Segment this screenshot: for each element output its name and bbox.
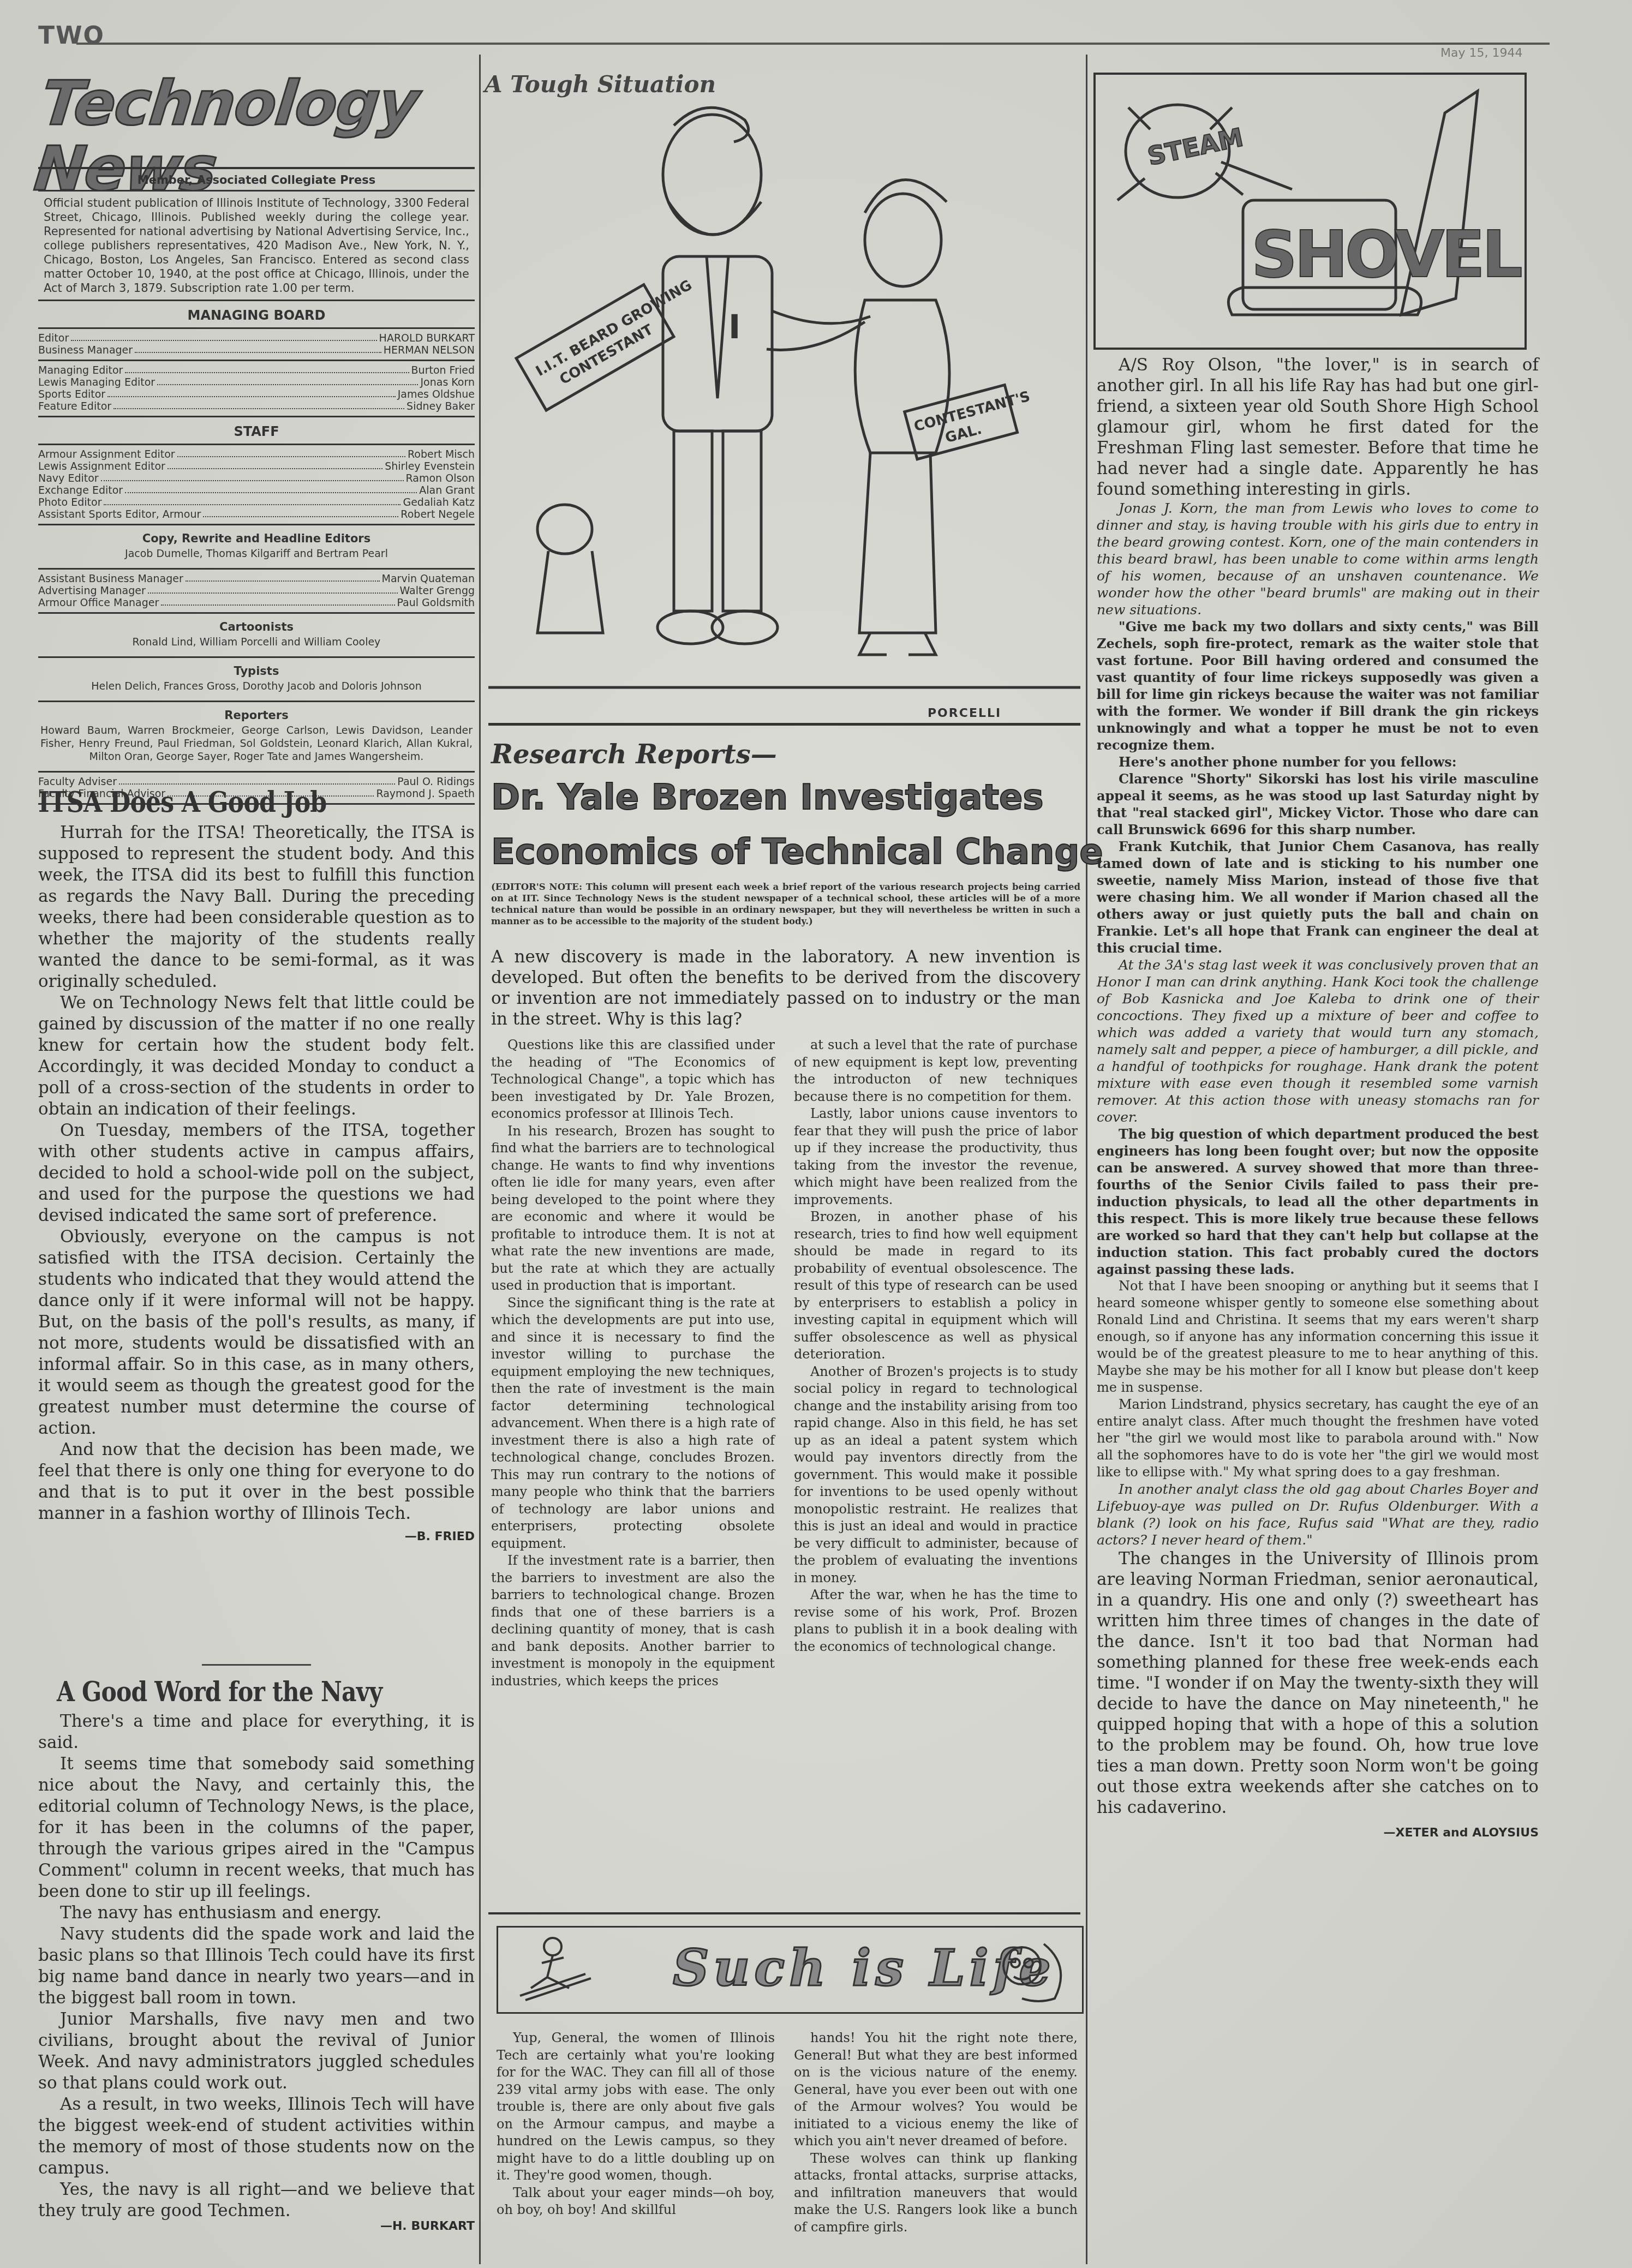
column-rule bbox=[479, 55, 481, 2264]
entry-role: Photo Editor bbox=[38, 496, 101, 508]
paragraph: It seems time that somebody said somethi… bbox=[38, 1754, 475, 1902]
page-date: May 15, 1944 bbox=[1440, 46, 1522, 60]
entry-name: Robert Negele bbox=[400, 508, 475, 520]
gossip-item: Marion Lindstrand, physics secretary, ha… bbox=[1097, 1396, 1539, 1481]
masthead-entry: Assistant Sports Editor, ArmourRobert Ne… bbox=[38, 508, 475, 520]
gossip-item: Jonas J. Korn, the man from Lewis who lo… bbox=[1097, 500, 1539, 618]
paragraph: These wolves can think up flanking attac… bbox=[794, 2150, 1078, 2236]
entry-role: Feature Editor bbox=[38, 400, 111, 412]
paragraph: Another of Brozen's projects is to study… bbox=[794, 1363, 1078, 1587]
entry-role: Exchange Editor bbox=[38, 484, 123, 496]
reporters: Reporters Howard Baum, Warren Brockmeier… bbox=[38, 702, 475, 773]
such-is-life-banner: Such is Life bbox=[497, 1926, 1084, 2014]
paragraph: And now that the decision has been made,… bbox=[38, 1439, 475, 1524]
entry-role: Sports Editor bbox=[38, 388, 105, 400]
entry-name: Shirley Evenstein bbox=[385, 460, 475, 472]
editorial-itsa: ITSA Does A Good Job Hurrah for the ITSA… bbox=[38, 786, 475, 1543]
svg-text:STEAM: STEAM bbox=[1145, 122, 1246, 171]
gossip-item: Frank Kutchik, that Junior Chem Casanova… bbox=[1097, 838, 1539, 956]
cartoon-bottom-rule bbox=[488, 723, 1080, 726]
leader-dots bbox=[148, 585, 398, 594]
itsa-headline: ITSA Does A Good Job bbox=[38, 786, 409, 819]
masthead-entry: Armour Assignment EditorRobert Misch bbox=[38, 448, 475, 460]
research-reports-label: Research Reports— bbox=[491, 739, 777, 770]
leader-dots bbox=[168, 460, 382, 469]
steam-shovel-column: A/S Roy Olson, "the lover," is in search… bbox=[1097, 355, 1539, 1843]
masthead-entry: Navy EditorRamon Olson bbox=[38, 472, 475, 484]
paragraph: Lastly, labor unions cause inventors to … bbox=[794, 1105, 1078, 1208]
typists-names: Helen Delich, Frances Gross, Dorothy Jac… bbox=[38, 679, 475, 697]
copy-editors-label: Copy, Rewrite and Headline Editors bbox=[38, 529, 475, 546]
itsa-body: Hurrah for the ITSA! Theoretically, the … bbox=[38, 822, 475, 1524]
masthead-entry: Sports EditorJames Oldshue bbox=[38, 388, 475, 400]
masthead-entry: EditorHAROLD BURKART bbox=[38, 332, 475, 344]
paragraph: Junior Marshalls, five navy men and two … bbox=[38, 2009, 475, 2094]
paragraph: Hurrah for the ITSA! Theoretically, the … bbox=[38, 822, 475, 992]
gossip-item: A/S Roy Olson, "the lover," is in search… bbox=[1097, 355, 1539, 500]
research-lede: A new discovery is made in the laborator… bbox=[491, 947, 1080, 1030]
cartoonists-names: Ronald Lind, William Porcelli and Willia… bbox=[38, 635, 475, 653]
such-is-life-col-2: hands! You hit the right note there, Gen… bbox=[794, 2030, 1078, 2236]
paragraph: There's a time and place for everything,… bbox=[38, 1711, 475, 1754]
managing-board-label: MANAGING BOARD bbox=[38, 301, 475, 329]
staff-label: STAFF bbox=[38, 417, 475, 445]
editorial-navy: A Good Word for the Navy There's a time … bbox=[38, 1664, 475, 2233]
gossip-item: Not that I have been snooping or anythin… bbox=[1097, 1278, 1539, 1396]
leader-dots bbox=[186, 573, 380, 582]
reporters-label: Reporters bbox=[38, 705, 475, 723]
paragraph: In his research, Brozen has sought to fi… bbox=[491, 1123, 775, 1295]
entry-role: Lewis Managing Editor bbox=[38, 376, 155, 388]
copy-editors: Copy, Rewrite and Headline Editors Jacob… bbox=[38, 525, 475, 570]
masthead-entry: Exchange EditorAlan Grant bbox=[38, 484, 475, 496]
leader-dots bbox=[161, 597, 394, 606]
paragraph: On Tuesday, members of the ITSA, togethe… bbox=[38, 1120, 475, 1226]
leader-dots bbox=[135, 344, 381, 353]
entry-name: Burton Fried bbox=[411, 364, 475, 376]
paragraph: Navy students did the spade work and lai… bbox=[38, 1924, 475, 2009]
divider bbox=[202, 1664, 311, 1666]
reporters-names: Howard Baum, Warren Brockmeier, George C… bbox=[38, 723, 475, 768]
entry-name: Gedaliah Katz bbox=[403, 496, 475, 508]
steam-shovel-signature: —XETER and ALOYSIUS bbox=[1097, 1823, 1539, 1843]
masthead-entry: Advertising ManagerWalter Grengg bbox=[38, 585, 475, 597]
gossip-item: "Give me back my two dollars and sixty c… bbox=[1097, 618, 1539, 753]
entry-name: Robert Misch bbox=[408, 448, 475, 460]
entry-name: HERMAN NELSON bbox=[384, 344, 475, 356]
entry-name: Paul Goldsmith bbox=[397, 597, 475, 609]
entry-role: Armour Office Manager bbox=[38, 597, 159, 609]
paragraph: The navy has enthusiasm and energy. bbox=[38, 1902, 475, 1924]
masthead-entry: Feature EditorSidney Baker bbox=[38, 400, 475, 412]
entry-name: Walter Grengg bbox=[400, 585, 475, 597]
cartoon-credit: PORCELLI bbox=[928, 707, 1001, 720]
leader-dots bbox=[125, 484, 417, 493]
masthead-entry: Lewis Assignment EditorShirley Evenstein bbox=[38, 460, 475, 472]
masthead-member: Member, Associated Collegiate Press bbox=[38, 167, 475, 192]
typists-label: Typists bbox=[38, 661, 475, 679]
entry-role: Business Manager bbox=[38, 344, 133, 356]
svg-text:SHOVEL: SHOVEL bbox=[1251, 217, 1521, 292]
masthead-entry: Armour Office ManagerPaul Goldsmith bbox=[38, 597, 475, 609]
entry-name: Alan Grant bbox=[419, 484, 475, 496]
entry-role: Assistant Business Manager bbox=[38, 573, 183, 585]
paragraph: Questions like this are classified under… bbox=[491, 1037, 775, 1123]
masthead-entry: Assistant Business ManagerMarvin Quatema… bbox=[38, 573, 475, 585]
gossip-item: The changes in the University of Illinoi… bbox=[1097, 1548, 1539, 1818]
research-headline-2: Economics of Technical Change bbox=[491, 832, 1103, 872]
skier-icon bbox=[509, 1936, 640, 2001]
itsa-signature: —B. FRIED bbox=[38, 1530, 475, 1543]
paragraph: Obviously, everyone on the campus is not… bbox=[38, 1226, 475, 1439]
research-bottom-rule bbox=[488, 1912, 1080, 1914]
research-headline-1: Dr. Yale Brozen Investigates bbox=[491, 777, 1043, 818]
entry-role: Armour Assignment Editor bbox=[38, 448, 175, 460]
business-list: Assistant Business ManagerMarvin Quatema… bbox=[38, 570, 475, 614]
typists: Typists Helen Delich, Frances Gross, Dor… bbox=[38, 658, 475, 702]
navy-body: There's a time and place for everything,… bbox=[38, 1711, 475, 2222]
leader-dots bbox=[101, 472, 404, 481]
paragraph: at such a level that the rate of purchas… bbox=[794, 1037, 1078, 1105]
navy-headline: A Good Word for the Navy bbox=[38, 1675, 409, 1708]
leader-dots bbox=[119, 776, 395, 785]
leader-dots bbox=[107, 388, 395, 397]
beard-contest-cartoon: I.I.T. BEARD GROWING CONTESTANT CONTESTA… bbox=[488, 93, 1080, 707]
copy-editors-names: Jacob Dumelle, Thomas Kilgariff and Bert… bbox=[38, 546, 475, 565]
newspaper-page: TWO May 15, 1944 Technology News Member,… bbox=[0, 0, 1632, 2268]
entry-role: Managing Editor bbox=[38, 364, 123, 376]
entry-name: Ramon Olson bbox=[406, 472, 475, 484]
entry-role: Navy Editor bbox=[38, 472, 99, 484]
paragraph: After the war, when he has the time to r… bbox=[794, 1587, 1078, 1655]
paragraph: We on Technology News felt that little c… bbox=[38, 992, 475, 1120]
research-col-1: Questions like this are classified under… bbox=[491, 1037, 775, 1690]
paragraph: Yes, the navy is all right—and we believ… bbox=[38, 2179, 475, 2222]
paragraph: As a result, in two weeks, Illinois Tech… bbox=[38, 2094, 475, 2179]
leader-dots bbox=[203, 508, 398, 517]
leader-dots bbox=[157, 376, 418, 385]
leader-dots bbox=[125, 364, 409, 373]
such-is-life-col-1: Yup, General, the women of Illinois Tech… bbox=[497, 2030, 775, 2219]
entry-name: James Oldshue bbox=[398, 388, 475, 400]
paragraph: Since the significant thing is the rate … bbox=[491, 1295, 775, 1553]
page-number: TWO bbox=[38, 22, 105, 50]
entry-role: Advertising Manager bbox=[38, 585, 146, 597]
column-rule bbox=[1086, 55, 1087, 2264]
paragraph: Talk about your eager minds—oh boy, oh b… bbox=[497, 2185, 775, 2219]
gossip-item: The big question of which department pro… bbox=[1097, 1126, 1539, 1278]
masthead-box: Member, Associated Collegiate Press Offi… bbox=[38, 164, 475, 805]
cartoonists-label: Cartoonists bbox=[38, 617, 475, 635]
gossip-item: At the 3A's stag last week it was conclu… bbox=[1097, 956, 1539, 1126]
leader-dots bbox=[104, 496, 400, 505]
steam-shovel-logo: STEAM SHOVEL bbox=[1096, 75, 1525, 348]
masthead-entry: Business ManagerHERMAN NELSON bbox=[38, 344, 475, 356]
steam-shovel-paragraphs: A/S Roy Olson, "the lover," is in search… bbox=[1097, 355, 1539, 1818]
masthead-entry: Lewis Managing EditorJonas Korn bbox=[38, 376, 475, 388]
leader-dots bbox=[71, 332, 376, 341]
cartoon-face-icon bbox=[989, 1933, 1077, 2004]
masthead-entry: Managing EditorBurton Fried bbox=[38, 364, 475, 376]
leader-dots bbox=[113, 400, 404, 409]
paragraph: If the investment rate is a barrier, the… bbox=[491, 1552, 775, 1690]
cartoonists: Cartoonists Ronald Lind, William Porcell… bbox=[38, 614, 475, 658]
entry-name: Sidney Baker bbox=[406, 400, 475, 412]
leader-dots bbox=[177, 448, 405, 457]
managing-list: Managing EditorBurton FriedLewis Managin… bbox=[38, 361, 475, 417]
paragraph: Brozen, in another phase of his research… bbox=[794, 1208, 1078, 1363]
entry-name: Jonas Korn bbox=[420, 376, 475, 388]
managing-top-list: EditorHAROLD BURKARTBusiness ManagerHERM… bbox=[38, 329, 475, 361]
gossip-item: Clarence "Shorty" Sikorski has lost his … bbox=[1097, 770, 1539, 838]
gossip-item: In another analyt class the old gag abou… bbox=[1097, 1481, 1539, 1548]
top-rule bbox=[76, 43, 1550, 45]
paragraph: Yup, General, the women of Illinois Tech… bbox=[497, 2030, 775, 2185]
masthead-entry: Photo EditorGedaliah Katz bbox=[38, 496, 475, 508]
staff-list: Armour Assignment EditorRobert MischLewi… bbox=[38, 445, 475, 525]
entry-name: Marvin Quateman bbox=[382, 573, 475, 585]
entry-name: HAROLD BURKART bbox=[379, 332, 475, 344]
masthead-info: Official student publication of Illinois… bbox=[38, 192, 475, 301]
paragraph: hands! You hit the right note there, Gen… bbox=[794, 2030, 1078, 2150]
svg-text:I: I bbox=[728, 308, 740, 346]
steam-shovel-logo-box: STEAM SHOVEL bbox=[1093, 73, 1527, 350]
research-col-2: at such a level that the rate of purchas… bbox=[794, 1037, 1078, 1655]
entry-role: Lewis Assignment Editor bbox=[38, 460, 165, 472]
editors-note: (EDITOR'S NOTE: This column will present… bbox=[491, 881, 1080, 927]
entry-role: Assistant Sports Editor, Armour bbox=[38, 508, 201, 520]
entry-role: Editor bbox=[38, 332, 69, 344]
gossip-item: Here's another phone number for you fell… bbox=[1097, 753, 1539, 770]
